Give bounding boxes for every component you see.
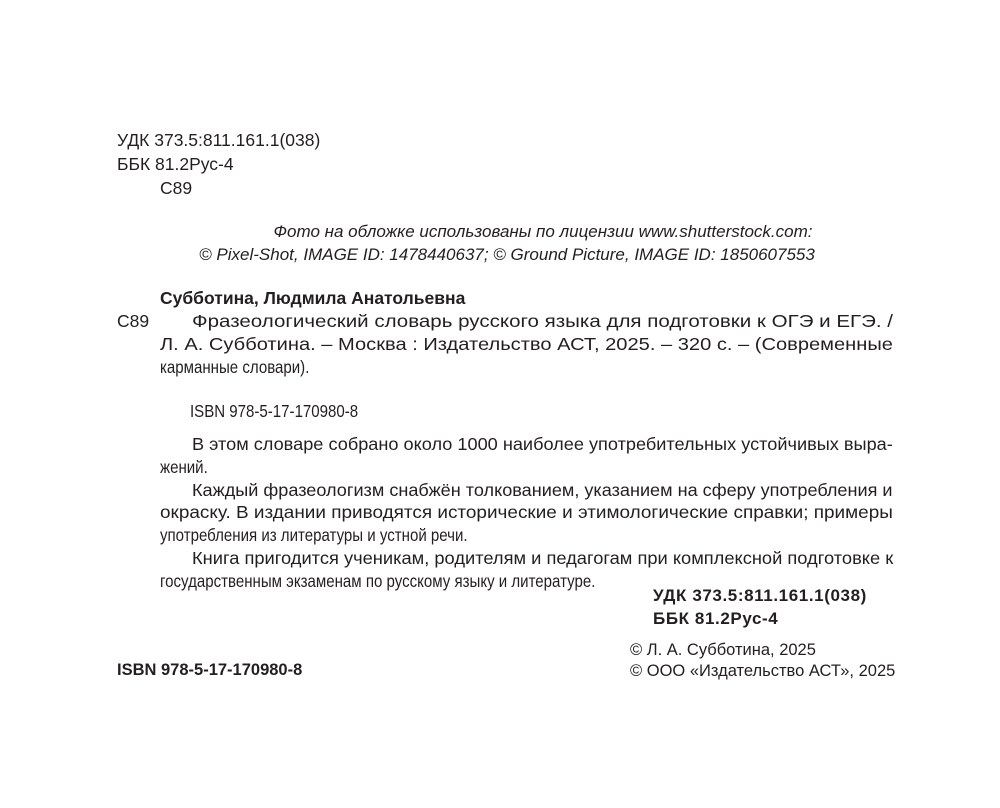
photo-credit-line-2: © Pixel-Shot, IMAGE ID: 1478440637; © Gr… [7,245,1000,265]
udk-code-bottom: УДК 373.5:811.161.1(038) [653,586,867,606]
annotation-line: государственным экзаменам по русскому яз… [160,571,595,592]
bibliographic-description-line: Фразеологический словарь русского языка … [192,311,893,332]
bbk-code-top: ББК 81.2Рус-4 [117,154,234,175]
bbk-code-bottom: ББК 81.2Рус-4 [653,609,778,629]
annotation-line: В этом словаре собрано около 1000 наибол… [192,434,893,455]
udk-code-top: УДК 373.5:811.161.1(038) [117,130,320,151]
isbn-record: ISBN 978-5-17-170980-8 [190,401,358,422]
annotation-line: употребления из литературы и устной речи… [160,525,468,546]
author-sign: С89 [117,311,149,332]
copyright-author: © Л. А. Субботина, 2025 [630,641,816,660]
author-name: Субботина, Людмила Анатольевна [160,288,465,309]
isbn-bottom: ISBN 978-5-17-170980-8 [117,661,302,680]
bibliographic-description-line: карманные словари). [160,357,309,378]
annotation-line: жений. [160,457,208,478]
annotation-line: Книга пригодится ученикам, родителям и п… [192,548,893,569]
annotation-line: Каждый фразеологизм снабжён толкованием,… [192,480,893,501]
bibliographic-description-line: Л. А. Субботина. – Москва : Издательство… [160,334,893,355]
copyright-publisher: © ООО «Издательство АСТ», 2025 [630,662,895,681]
photo-credit-line-1: Фото на обложке использованы по лицензии… [43,222,1000,242]
author-sign-top: С89 [160,178,192,199]
annotation-line: окраску. В издании приводятся историческ… [160,502,893,523]
